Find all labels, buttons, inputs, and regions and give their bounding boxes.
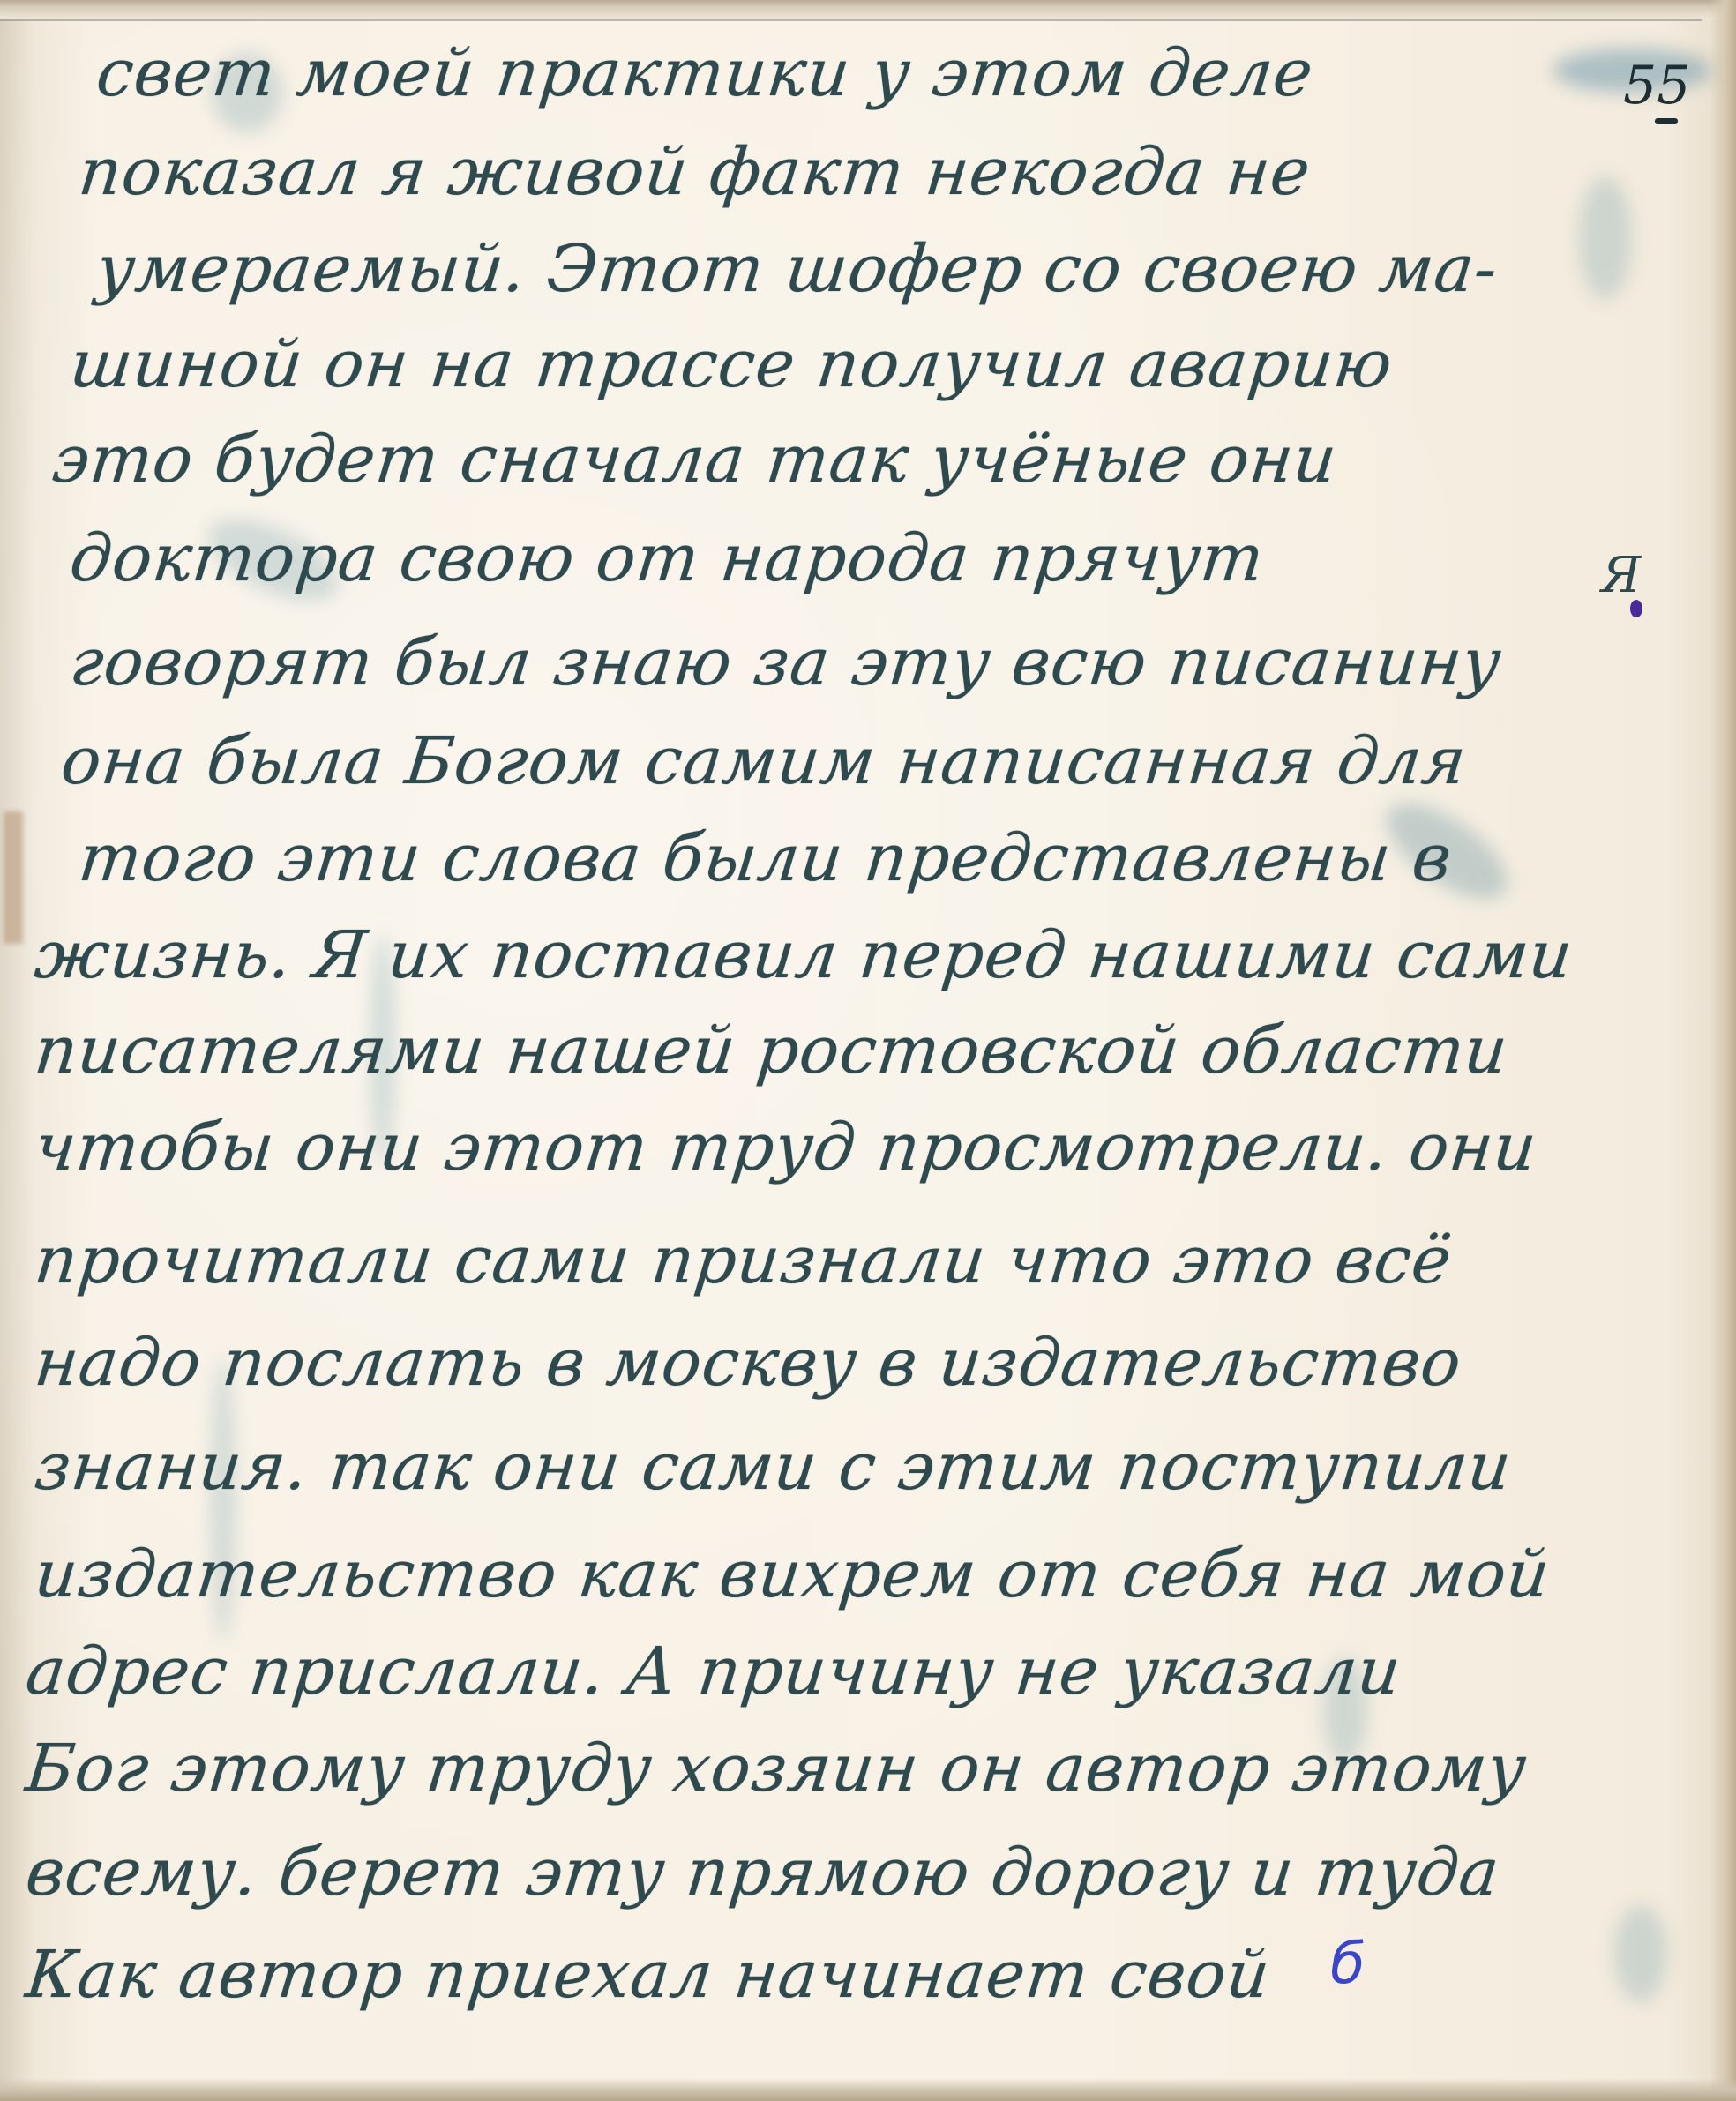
- text-line: умераемый. Этот шофер со своею ма-: [93, 231, 1501, 307]
- text-line: знания. так они сами с этим поступили: [31, 1429, 1515, 1505]
- text-line: надо послать в москву в издательство: [31, 1325, 1465, 1401]
- ink-smudge: [1579, 176, 1632, 300]
- correction-mark: б: [1330, 1932, 1365, 1997]
- text-line: чтобы они этот труд просмотрели. они: [31, 1110, 1540, 1185]
- text-line: свет моей практики у этом деле: [93, 35, 1317, 111]
- text-line: того эти слова были представлены в: [75, 820, 1455, 896]
- text-line: всему. берет эту прямою дорогу и туда: [22, 1835, 1503, 1910]
- page-bottom-edge: [0, 2078, 1736, 2101]
- ink-dot: [1630, 600, 1642, 617]
- text-line: прочитали сами признали что это всё: [31, 1222, 1455, 1298]
- page-number-underline: [1655, 118, 1678, 124]
- text-line: говорят был знаю за эту всю писанину: [66, 624, 1505, 700]
- text-line: Как автор приехал начинает свой: [22, 1937, 1274, 2013]
- text-line: жизнь. Я их поставил перед нашими сами: [31, 917, 1576, 993]
- text-line: издательство как вихрем от себя на мой: [31, 1536, 1553, 1612]
- text-line: шиной он на трассе получил аварию: [66, 326, 1396, 402]
- notebook-page: 55 свет моей практики у этом деле показа…: [0, 0, 1736, 2101]
- text-line: доктора свою от народа прячут: [66, 520, 1268, 596]
- text-line: Бог этому труду хозяин он автор этому: [22, 1731, 1530, 1806]
- page-number: 55: [1623, 55, 1690, 116]
- text-line: писателями нашей ростовской области: [31, 1013, 1511, 1088]
- binding-stain: [4, 811, 23, 944]
- text-line: показал я живой факт некогда не: [75, 134, 1313, 210]
- text-line: это будет сначала так учёные они: [49, 422, 1340, 497]
- page-right-edge: [1710, 0, 1736, 2101]
- margin-mark: Я: [1601, 547, 1641, 604]
- page-top-rule: [0, 19, 1702, 21]
- page-top-edge: [0, 0, 1736, 19]
- ink-smudge: [1614, 1905, 1667, 2002]
- text-line: адрес прислали. А причину не указали: [22, 1634, 1404, 1709]
- text-line: она была Богом самим написанная для: [57, 723, 1470, 799]
